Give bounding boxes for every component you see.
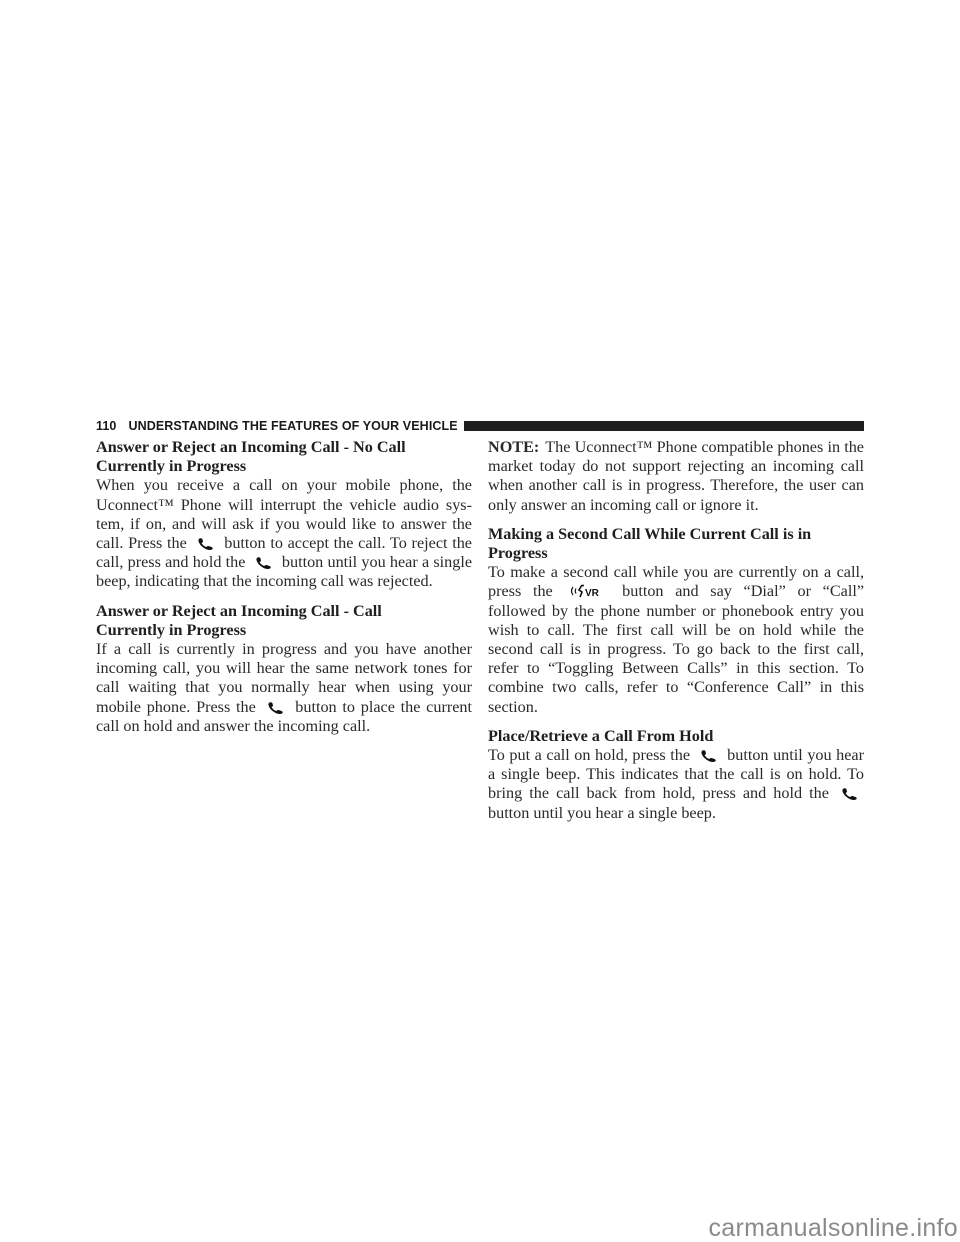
paragraph-no-call-in-progress: When you receive a call on your mobile p… bbox=[96, 476, 472, 591]
heading-hold: Place/Retrieve a Call From Hold bbox=[488, 727, 864, 746]
phone-handset-icon bbox=[268, 702, 284, 714]
phone-handset-icon bbox=[842, 788, 858, 800]
page-header: 110 UNDERSTANDING THE FEATURES OF YOUR V… bbox=[96, 418, 864, 434]
phone-handset-icon bbox=[701, 750, 717, 762]
note-paragraph: NOTE:The Uconnect™ Phone compatible phon… bbox=[488, 438, 864, 515]
svg-text:VR: VR bbox=[585, 588, 600, 598]
header-rule bbox=[464, 421, 864, 431]
heading-second-call: Making a Second Call While Current Call … bbox=[488, 525, 864, 563]
section-title: UNDERSTANDING THE FEATURES OF YOUR VEHIC… bbox=[128, 419, 457, 433]
voice-recognition-icon: VR bbox=[570, 584, 604, 598]
paragraph-hold: To put a call on hold, press the button … bbox=[488, 746, 864, 823]
right-column: NOTE:The Uconnect™ Phone compatible phon… bbox=[488, 438, 864, 823]
watermark: carmanualsonline.info bbox=[708, 1214, 958, 1242]
paragraph-second-call: To make a second call while you are curr… bbox=[488, 563, 864, 717]
left-column: Answer or Reject an Incoming Call - No C… bbox=[96, 438, 472, 736]
phone-handset-icon bbox=[198, 538, 214, 550]
heading-call-in-progress: Answer or Reject an Incoming Call - Call… bbox=[96, 602, 472, 640]
paragraph-call-in-progress: If a call is currently in progress and y… bbox=[96, 640, 472, 736]
phone-handset-icon bbox=[256, 557, 272, 569]
page-number: 110 bbox=[96, 419, 116, 433]
heading-no-call-in-progress: Answer or Reject an Incoming Call - No C… bbox=[96, 438, 472, 476]
note-label: NOTE: bbox=[488, 438, 539, 456]
